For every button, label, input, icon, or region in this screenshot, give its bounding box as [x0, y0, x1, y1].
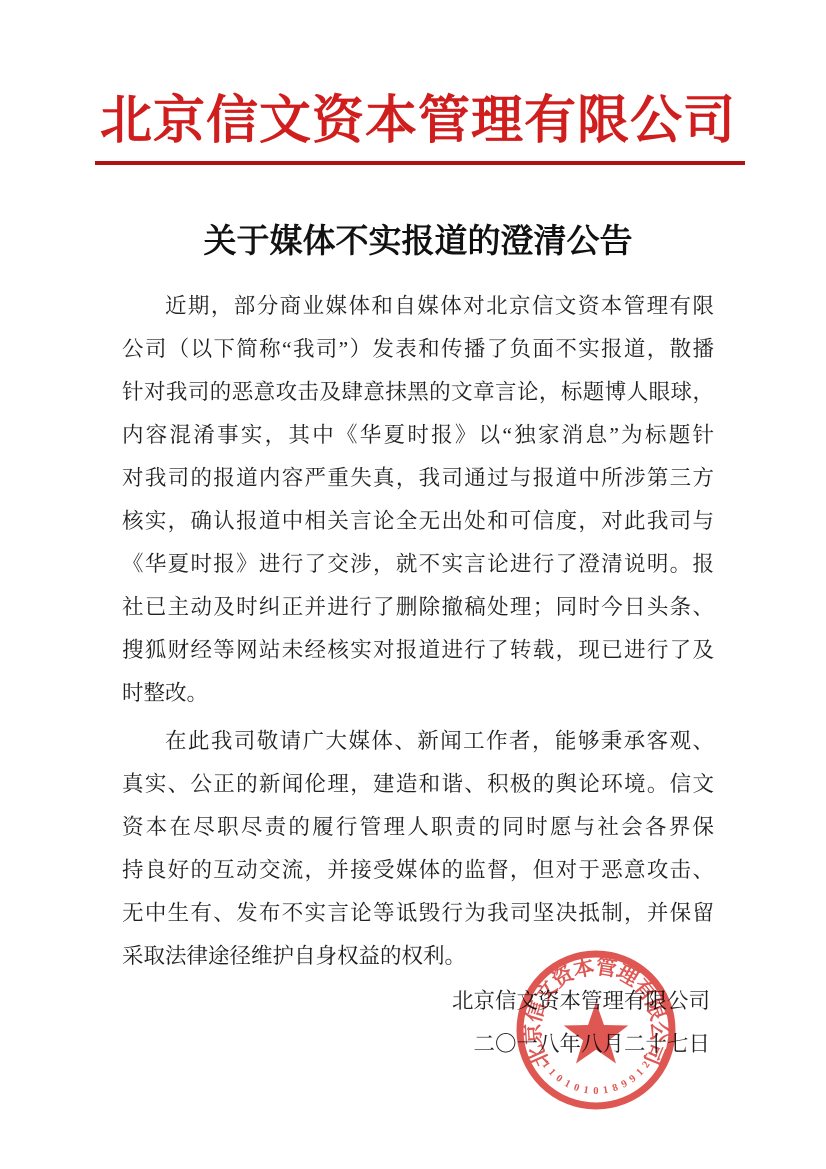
body-line: 《华夏时报》进行了交涉，就不实言论进行了澄清说明。报	[122, 543, 714, 586]
body-line: 资本在尽职尽责的履行管理人职责的同时愿与社会各界保	[122, 806, 714, 849]
body-line: 无中生有、发布不实言论等诋毁行为我司坚决抵制，并保留	[122, 892, 714, 935]
document-content: 北京信文资本管理有限公司 关于媒体不实报道的澄清公告 近期，部分商业媒体和自媒体…	[0, 86, 826, 1066]
letterhead-company-name: 北京信文资本管理有限公司	[95, 86, 741, 158]
body-line: 对我司的报道内容严重失真，我司通过与报道中所涉第三方	[122, 457, 714, 500]
signature-date: 二〇一八年八月二十七日	[122, 1023, 710, 1066]
body-line: 时整改。	[122, 672, 714, 715]
document-page: 北京信文资本管理有限公司 关于媒体不实报道的澄清公告 近期，部分商业媒体和自媒体…	[0, 0, 826, 1169]
body-line: 针对我司的恶意攻击及肆意抹黑的文章言论，标题博人眼球，	[122, 371, 714, 414]
signature-company: 北京信文资本管理有限公司	[122, 980, 710, 1023]
document-title: 关于媒体不实报道的澄清公告	[122, 219, 714, 263]
body-line: 近期，部分商业媒体和自媒体对北京信文资本管理有限	[122, 285, 714, 328]
body-line: 社已主动及时纠正并进行了删除撤稿处理；同时今日头条、	[122, 586, 714, 629]
body-paragraph: 在此我司敬请广大媒体、新闻工作者，能够秉承客观、真实、公正的新闻伦理，建造和谐、…	[122, 720, 714, 978]
body-line: 搜狐财经等网站未经核实对报道进行了转载，现已进行了及	[122, 629, 714, 672]
body-line: 内容混淆事实，其中《华夏时报》以“独家消息”为标题针	[122, 414, 714, 457]
body-paragraph: 近期，部分商业媒体和自媒体对北京信文资本管理有限公司（以下简称“我司”）发表和传…	[122, 285, 714, 715]
body-paragraphs: 近期，部分商业媒体和自媒体对北京信文资本管理有限公司（以下简称“我司”）发表和传…	[122, 285, 714, 978]
body-line: 公司（以下简称“我司”）发表和传播了负面不实报道，散播	[122, 328, 714, 371]
body-line: 真实、公正的新闻伦理，建造和谐、积极的舆论环境。信文	[122, 763, 714, 806]
body-line: 采取法律途径维护自身权益的权利。	[122, 935, 714, 978]
body-line: 持良好的互动交流，并接受媒体的监督，但对于恶意攻击、	[122, 849, 714, 892]
body-line: 核实，确认报道中相关言论全无出处和可信度，对此我司与	[122, 500, 714, 543]
letterhead-divider	[95, 161, 745, 165]
signature-block: 北京信文资本管理有限公司 二〇一八年八月二十七日	[122, 980, 714, 1066]
body-line: 在此我司敬请广大媒体、新闻工作者，能够秉承客观、	[122, 720, 714, 763]
